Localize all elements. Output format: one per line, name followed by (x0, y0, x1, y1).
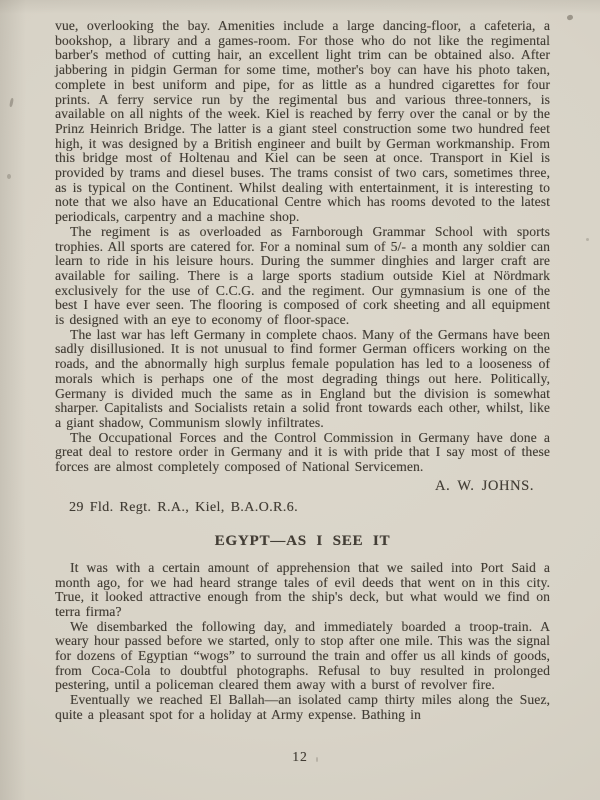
paragraph-kiel-sports: The regiment is as overloaded as Farnbor… (55, 225, 550, 328)
kiel-article: vue, overlooking the bay. Amenities incl… (55, 19, 550, 516)
ink-speck (566, 14, 573, 21)
ink-speck (7, 174, 11, 179)
egypt-article: EGYPT—AS I SEE IT It was with a certain … (55, 533, 550, 723)
paragraph-egypt-port-said: It was with a certain amount of apprehen… (55, 561, 550, 620)
article-title: EGYPT—AS I SEE IT (55, 533, 550, 550)
paragraph-kiel-germany-chaos: The last war has left Germany in complet… (55, 328, 550, 431)
author-signature: A. W. JOHNS. (55, 478, 550, 495)
top-edge-shadow (0, 0, 600, 14)
paragraph-kiel-occupational-forces: The Occupational Forces and the Control … (55, 431, 550, 475)
left-edge-shadow (0, 0, 26, 800)
scanned-page: vue, overlooking the bay. Amenities incl… (0, 0, 600, 800)
paragraph-egypt-el-ballah: Eventually we reached El Ballah—an isola… (55, 693, 550, 722)
ink-speck (586, 238, 589, 241)
page-number: 12 (0, 749, 600, 765)
page-content: vue, overlooking the bay. Amenities incl… (55, 19, 550, 723)
paragraph-egypt-troop-train: We disembarked the following day, and im… (55, 620, 550, 694)
paragraph-kiel-amenities: vue, overlooking the bay. Amenities incl… (55, 19, 550, 225)
ink-speck (9, 98, 14, 107)
unit-attribution: 29 Fld. Regt. R.A., Kiel, B.A.O.R.6. (55, 500, 550, 516)
